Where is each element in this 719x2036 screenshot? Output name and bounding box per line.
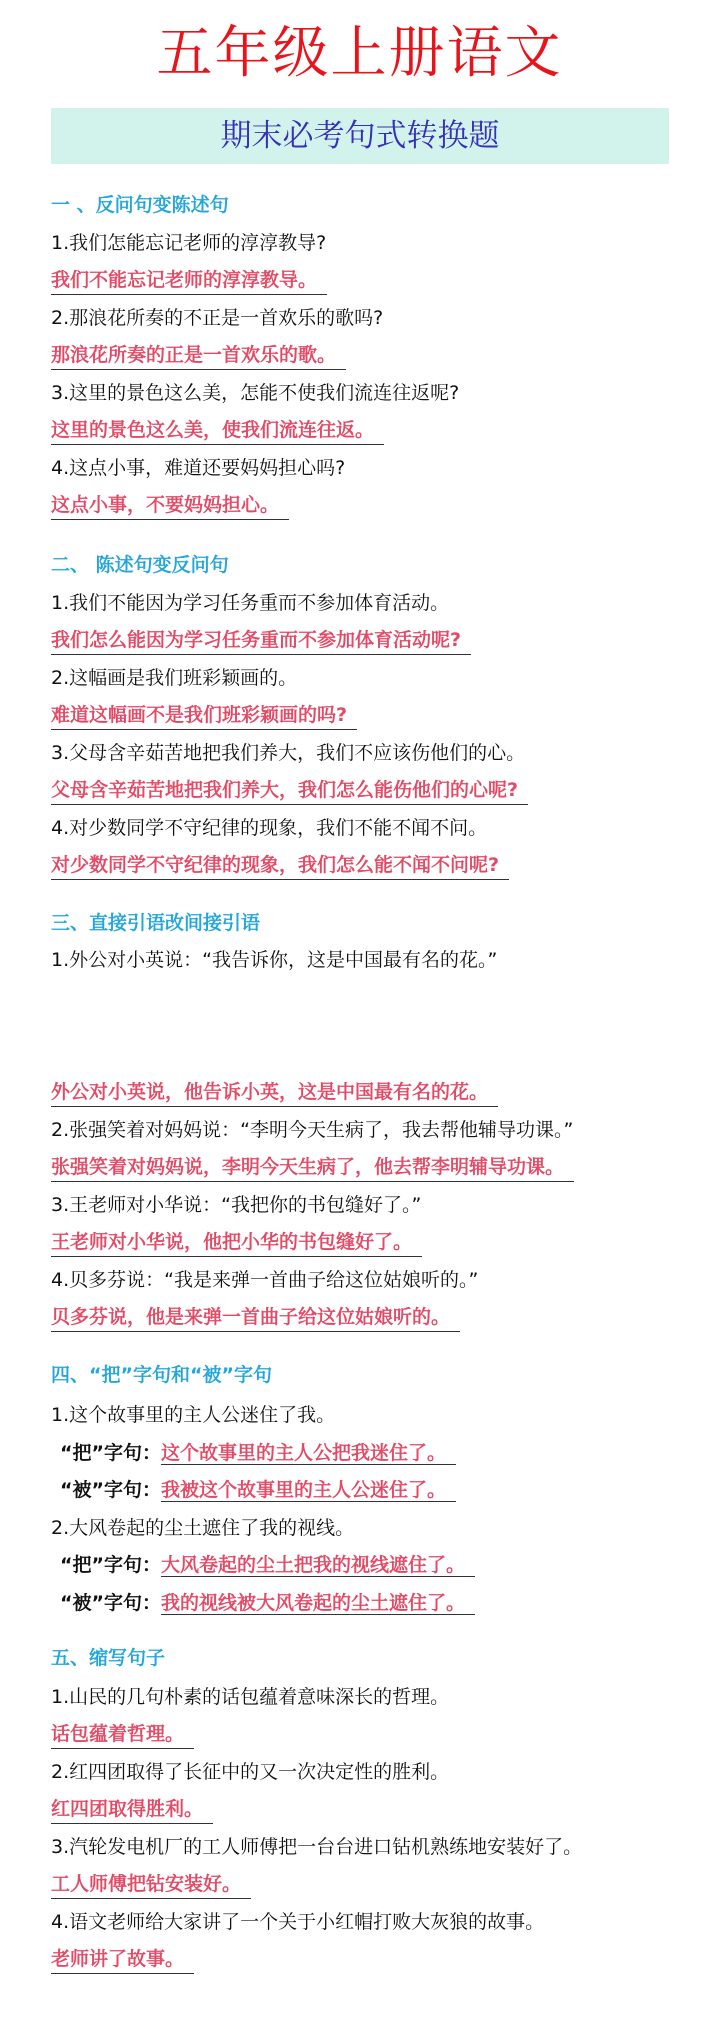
section-heading: 一 、反问句变陈述句	[51, 190, 229, 220]
answer: 张强笑着对妈妈说，李明今天生病了，他去帮李明辅导功课。	[51, 1153, 574, 1182]
question: 1.外公对小英说：“我告诉你，这是中国最有名的花。”	[51, 945, 497, 975]
answer: 外公对小英说，他告诉小英，这是中国最有名的花。	[51, 1078, 498, 1107]
ba-sentence-row: “把”字句：这个故事里的主人公把我迷住了。	[60, 1438, 456, 1468]
question: 2.这幅画是我们班彩颖画的。	[51, 663, 297, 693]
question: 4.对少数同学不守纪律的现象，我们不能不闻不问。	[51, 813, 487, 843]
answer: 难道这幅画不是我们班彩颖画的吗?	[51, 701, 357, 730]
answer: 这个故事里的主人公把我迷住了。	[161, 1442, 456, 1465]
answer: 父母含辛茹苦地把我们养大，我们怎么能伤他们的心呢?	[51, 776, 528, 805]
answer: 那浪花所奏的正是一首欢乐的歌。	[51, 341, 346, 370]
question: 2.大风卷起的尘土遮住了我的视线。	[51, 1513, 354, 1543]
ba-label: “把”字句：	[60, 1554, 161, 1576]
answer: 这里的景色这么美，使我们流连往返。	[51, 416, 384, 445]
question: 4.语文老师给大家讲了一个关于小红帽打败大灰狼的故事。	[51, 1907, 544, 1937]
answer: 王老师对小华说，他把小华的书包缝好了。	[51, 1228, 422, 1257]
answer: 我们怎么能因为学习任务重而不参加体育活动呢?	[51, 626, 471, 655]
section-heading: 四、“把”字句和“被”字句	[51, 1360, 272, 1390]
question: 2.那浪花所奏的不正是一首欢乐的歌吗?	[51, 303, 383, 333]
answer: 大风卷起的尘土把我的视线遮住了。	[161, 1554, 475, 1577]
answer: 我被这个故事里的主人公迷住了。	[161, 1479, 456, 1502]
bei-label: “被”字句：	[60, 1479, 161, 1501]
bei-sentence-row: “被”字句：我的视线被大风卷起的尘土遮住了。	[60, 1588, 475, 1618]
section-heading: 三、直接引语改间接引语	[51, 908, 260, 938]
question: 2.红四团取得了长征中的又一次决定性的胜利。	[51, 1757, 449, 1787]
answer: 红四团取得胜利。	[51, 1795, 213, 1824]
question: 3.这里的景色这么美，怎能不使我们流连往返呢?	[51, 378, 459, 408]
answer: 话包蕴着哲理。	[51, 1720, 194, 1749]
question: 1.这个故事里的主人公迷住了我。	[51, 1400, 335, 1430]
page-title: 五年级上册语文	[0, 22, 719, 86]
section-heading: 二、 陈述句变反问句	[51, 550, 229, 580]
ba-label: “把”字句：	[60, 1442, 161, 1464]
question: 3.父母含辛茹苦地把我们养大，我们不应该伤他们的心。	[51, 738, 525, 768]
answer: 对少数同学不守纪律的现象，我们怎么能不闻不问呢?	[51, 851, 509, 880]
answer: 我们不能忘记老师的淳淳教导。	[51, 266, 327, 295]
ba-sentence-row: “把”字句：大风卷起的尘土把我的视线遮住了。	[60, 1550, 475, 1580]
question: 1.山民的几句朴素的话包蕴着意味深长的哲理。	[51, 1682, 449, 1712]
question: 1.我们怎能忘记老师的淳淳教导?	[51, 228, 326, 258]
answer: 老师讲了故事。	[51, 1945, 194, 1974]
subtitle-banner: 期末必考句式转换题	[51, 108, 669, 164]
bei-label: “被”字句：	[60, 1592, 161, 1614]
answer: 我的视线被大风卷起的尘土遮住了。	[161, 1592, 475, 1615]
answer: 这点小事，不要妈妈担心。	[51, 491, 289, 520]
question: 1.我们不能因为学习任务重而不参加体育活动。	[51, 588, 449, 618]
question: 2.张强笑着对妈妈说：“李明今天生病了，我去帮他辅导功课。”	[51, 1115, 573, 1145]
question: 3.王老师对小华说：“我把你的书包缝好了。”	[51, 1190, 421, 1220]
section-heading: 五、缩写句子	[51, 1643, 165, 1673]
answer: 贝多芬说，他是来弹一首曲子给这位姑娘听的。	[51, 1303, 460, 1332]
answer: 工人师傅把钻安装好。	[51, 1870, 251, 1899]
question: 3.汽轮发电机厂的工人师傅把一台台进口钻机熟练地安装好了。	[51, 1832, 582, 1862]
question: 4.这点小事，难道还要妈妈担心吗?	[51, 453, 345, 483]
bei-sentence-row: “被”字句：我被这个故事里的主人公迷住了。	[60, 1475, 456, 1505]
question: 4.贝多芬说：“我是来弹一首曲子给这位姑娘听的。”	[51, 1265, 478, 1295]
